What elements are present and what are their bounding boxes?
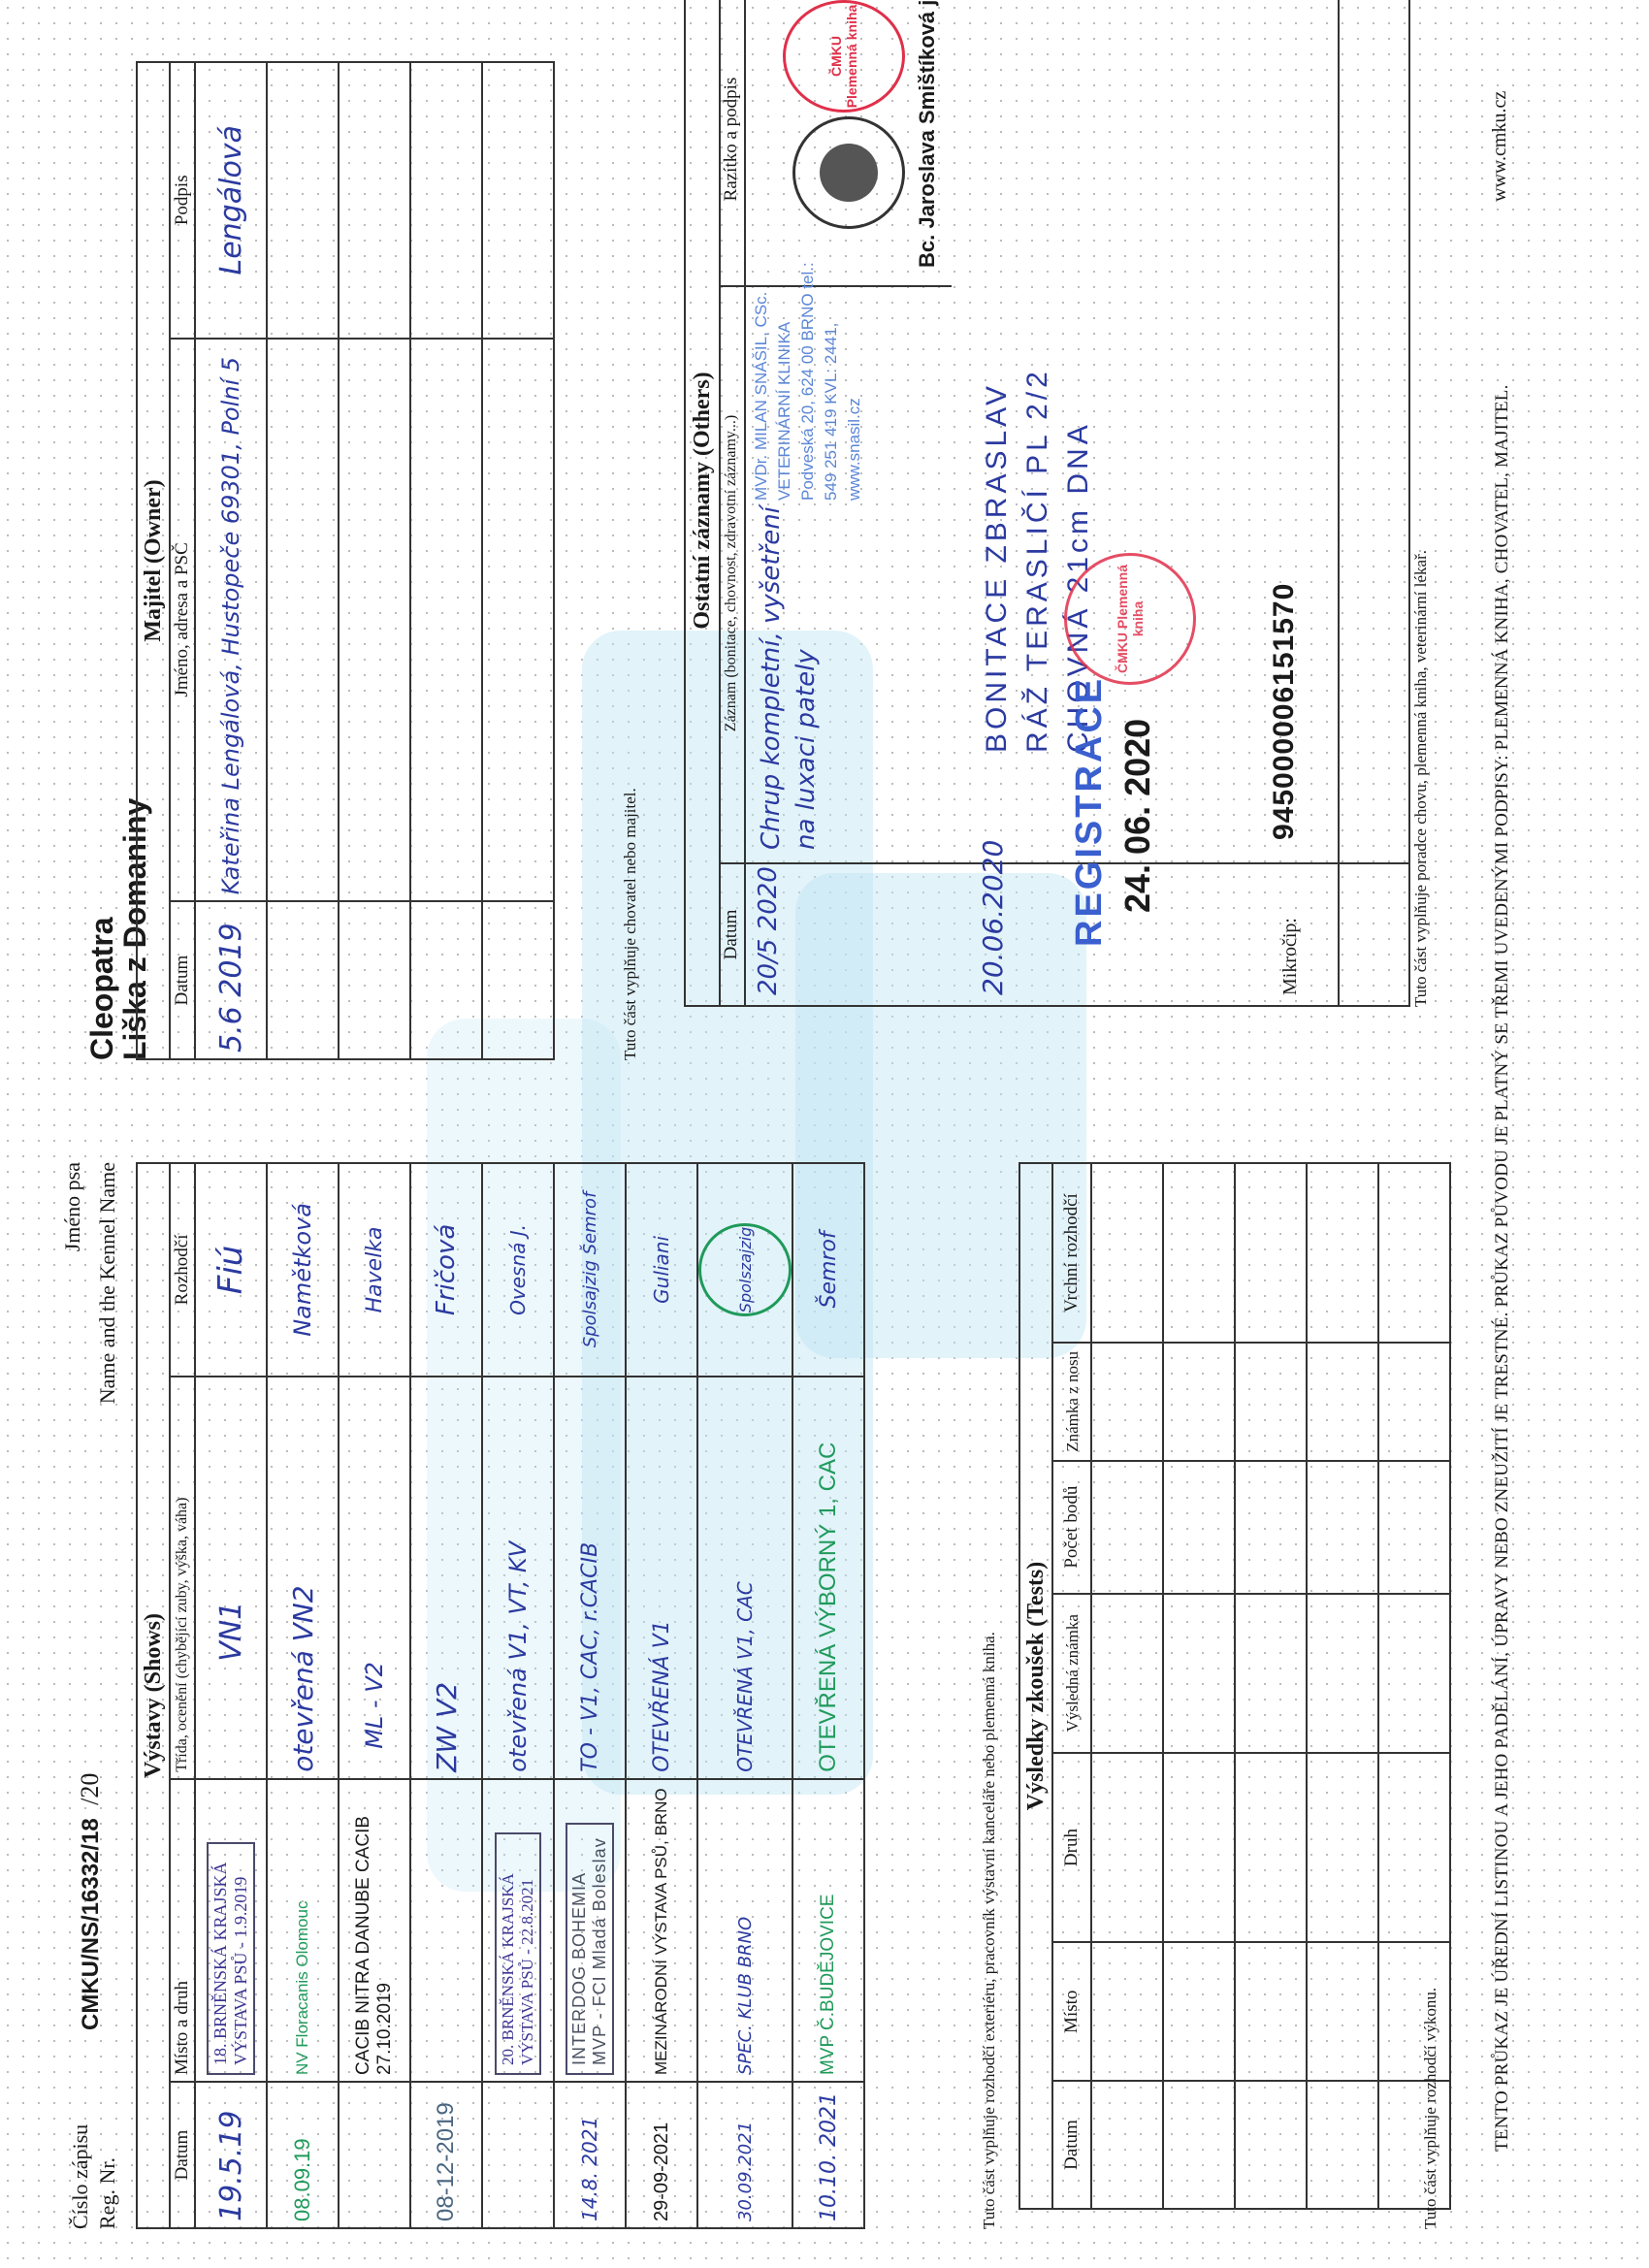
- club-stamp-green: Spolszajzig: [698, 1223, 792, 1316]
- vet-stamp: MVDr. MILAN SNÁŠIL, CSc. VETERINÁRNÍ KLI…: [750, 248, 866, 501]
- show-result: ML - V2: [339, 1377, 410, 1779]
- table-row: 29-09-2021 MEZINÁRODNÍ VÝSTAVA PSŮ, BRNO…: [626, 1163, 697, 2228]
- cmku-stamp-red: ČMKU Plemenná kniha: [783, 0, 905, 113]
- tests-col-nose: Známka z nosu: [1052, 1343, 1091, 1460]
- show-date: [482, 2082, 554, 2228]
- table-row: [1091, 1163, 1163, 2209]
- registration-stamp: REGISTRACE: [1069, 676, 1111, 947]
- table-row: [410, 62, 482, 1059]
- club-logo-icon: [820, 144, 878, 202]
- show-judge: Šemrof: [792, 1163, 864, 1377]
- show-judge: Havelka: [339, 1163, 410, 1377]
- show-result: OTEVŘENÁ V1: [626, 1377, 697, 1779]
- table-row: [267, 62, 339, 1059]
- owner-title: Majitel (Owner): [137, 62, 170, 1059]
- reg-number: CMKU/NS/16332/18 /20: [76, 1773, 105, 2030]
- registration-date: 24. 06. 2020: [1117, 719, 1158, 913]
- tests-col-points: Počet bodů: [1052, 1461, 1091, 1594]
- table-row: 08.09.19 NV Floracanis Olomouc otevřená …: [267, 1163, 339, 2228]
- show-place: INTERDOG BOHEMIA MVP - FCI Mladá Bolesla…: [554, 1779, 626, 2082]
- show-place: CACIB NITRA DANUBE CACIB 27.10.2019: [339, 1779, 410, 2082]
- show-judge: Guliani: [626, 1163, 697, 1377]
- show-judge: Namětková: [267, 1163, 339, 1377]
- show-result: otevřená VN2: [267, 1377, 339, 1779]
- others-col-stamp: Razítko a podpis: [719, 0, 744, 282]
- owner-col-name: Jméno, adresa a PSČ: [170, 339, 195, 902]
- show-date: [339, 2082, 410, 2228]
- others-title: Ostatní záznamy (Others): [686, 0, 719, 1005]
- show-result: TO - V1, CAC, r.CACIB: [554, 1377, 626, 1779]
- show-date: 19.5.19: [195, 2082, 267, 2228]
- shows-title: Výstavy (Shows): [137, 1163, 170, 2228]
- table-row: [339, 62, 410, 1059]
- tests-col-chief-judge: Vrchní rozhodčí: [1052, 1163, 1091, 1343]
- document-page: Číslo zápisu Reg. Nr. CMKU/NS/16332/18 /…: [0, 0, 1649, 2268]
- shows-col-place: Místo a druh: [170, 1779, 195, 2082]
- show-date: 29-09-2021: [626, 2082, 697, 2228]
- cmku-stamp-red: ČMKU Plemenná kniha: [1064, 553, 1196, 685]
- reg-label-cz: Číslo zápisu: [68, 2124, 93, 2229]
- shows-note: Tuto část vyplňuje rozhodčí exteriéru, p…: [980, 1632, 999, 2229]
- show-place: 20. BRNĚNSKÁ KRAJSKÁ VÝSTAVA PSŮ - 22.8.…: [482, 1779, 554, 2082]
- show-judge: Fiú: [195, 1163, 267, 1377]
- shows-table: Výstavy (Shows) Datum Místo a druh Třída…: [136, 1162, 865, 2229]
- dog-name-label-en: Name and the Kennel Name: [95, 1162, 120, 1589]
- club-stamp: [792, 116, 905, 229]
- show-place: NV Floracanis Olomouc: [267, 1779, 339, 2082]
- table-row: [1163, 1163, 1235, 2209]
- table-row: [1235, 1163, 1307, 2209]
- table-row: 5.6 2019 Kateřina Lengálová, Hustopeče 6…: [195, 62, 267, 1059]
- tests-col-type: Druh: [1052, 1753, 1091, 1943]
- website-link[interactable]: www.cmku.cz: [1489, 91, 1511, 202]
- dog-name-label-cz: Jméno psa: [60, 1162, 85, 1356]
- others-date: 20/5 2020: [754, 866, 783, 995]
- tests-note: Tuto část vyplňuje rozhodčí výkonu.: [1421, 1988, 1440, 2229]
- table-row: 19.5.19 18. BRNĚNSKÁ KRAJSKÁ VÝSTAVA PSŮ…: [195, 1163, 267, 2228]
- show-judge: Spolsajzig Šemrof: [554, 1163, 626, 1377]
- show-place: [410, 1779, 482, 2082]
- owner-date: 5.6 2019: [195, 901, 267, 1059]
- owner-note: Tuto část vyplňuje chovatel nebo majitel…: [621, 788, 640, 1060]
- owner-signature: Lengálová: [195, 62, 267, 339]
- others-table: Ostatní záznamy (Others) Datum Záznam (b…: [684, 0, 1410, 1007]
- show-place: MVP Č.BUDĚJOVICE: [792, 1779, 864, 2082]
- table-row: 20. BRNĚNSKÁ KRAJSKÁ VÝSTAVA PSŮ - 22.8.…: [482, 1163, 554, 2228]
- owner-col-date: Datum: [170, 901, 195, 1059]
- shows-col-result: Třída, ocenění (chybějící zuby, výška, v…: [170, 1377, 195, 1779]
- show-result: OTEVŘENÁ VÝBORNÝ 1, CAC: [792, 1377, 864, 1779]
- show-place: 18. BRNĚNSKÁ KRAJSKÁ VÝSTAVA PSŮ - 1.9.2…: [195, 1779, 267, 2082]
- tests-col-grade: Výsledná známka: [1052, 1594, 1091, 1753]
- table-row: [1307, 1163, 1378, 2209]
- show-date: 14.8. 2021: [554, 2082, 626, 2228]
- show-date: 30.09.2021: [697, 2082, 792, 2228]
- others-col-record: Záznam (bonitace, chovnost, zdravotní zá…: [719, 287, 744, 859]
- show-date: 10.10. 2021: [792, 2082, 864, 2228]
- show-result: VN1: [195, 1377, 267, 1779]
- table-row: 30.09.2021 SPEC. KLUB BRNO OTEVŘENÁ V1, …: [697, 1163, 792, 2228]
- show-judge: Fričová: [410, 1163, 482, 1377]
- show-date: 08-12-2019: [410, 2082, 482, 2228]
- others-col-date: Datum: [719, 864, 744, 1005]
- table-row: CACIB NITRA DANUBE CACIB 27.10.2019 ML -…: [339, 1163, 410, 2228]
- show-place: MEZINÁRODNÍ VÝSTAVA PSŮ, BRNO: [626, 1779, 697, 2082]
- show-judge: Spolszajzig: [697, 1163, 792, 1377]
- table-row: 10.10. 2021 MVP Č.BUDĚJOVICE OTEVŘENÁ VÝ…: [792, 1163, 864, 2228]
- others-note: Tuto část vyplňuje poradce chovu, plemen…: [1411, 550, 1431, 1007]
- microchip-value: 945000006151570: [1268, 583, 1301, 840]
- legal-notice: TENTO PRŮKAZ JE ÚŘEDNÍ LISTINOU A JEHO P…: [1492, 384, 1513, 2152]
- table-row: [482, 62, 554, 1059]
- judge-stamp: Bc. Jaroslava Smištíková judge FCI · KLU…: [915, 0, 940, 268]
- tests-col-date: Datum: [1052, 2081, 1091, 2209]
- table-row: 08-12-2019 ZW V2 Fričová: [410, 1163, 482, 2228]
- others-date: 20.06.2020: [977, 840, 1009, 995]
- reg-label-en: Reg. Nr.: [95, 2157, 120, 2229]
- owner-table: Majitel (Owner) Datum Jméno, adresa a PS…: [136, 61, 555, 1060]
- show-result: otevřená V1, VT, KV: [482, 1377, 554, 1779]
- show-judge: Ovesná J.: [482, 1163, 554, 1377]
- tests-col-place: Místo: [1052, 1942, 1091, 2081]
- show-result: OTEVŘENÁ V1, CAC: [697, 1377, 792, 1779]
- show-date: 08.09.19: [267, 2082, 339, 2228]
- table-row: 14.8. 2021 INTERDOG BOHEMIA MVP - FCI Ml…: [554, 1163, 626, 2228]
- shows-col-date: Datum: [170, 2082, 195, 2228]
- others-record: Chrup kompletní, vyšetření na luxaci pat…: [754, 501, 824, 850]
- owner-name: Kateřina Lengálová, Hustopeče 69301, Pol…: [195, 339, 267, 902]
- tests-title: Výsledky zkoušek (Tests): [1019, 1163, 1052, 2209]
- show-place: SPEC. KLUB BRNO: [697, 1779, 792, 2082]
- microchip-label: Mikročip:: [1279, 918, 1302, 995]
- show-result: ZW V2: [410, 1377, 482, 1779]
- shows-col-judge: Rozhodčí: [170, 1163, 195, 1377]
- tests-table: Výsledky zkoušek (Tests) Datum Místo Dru…: [1018, 1162, 1451, 2210]
- owner-col-signature: Podpis: [170, 62, 195, 339]
